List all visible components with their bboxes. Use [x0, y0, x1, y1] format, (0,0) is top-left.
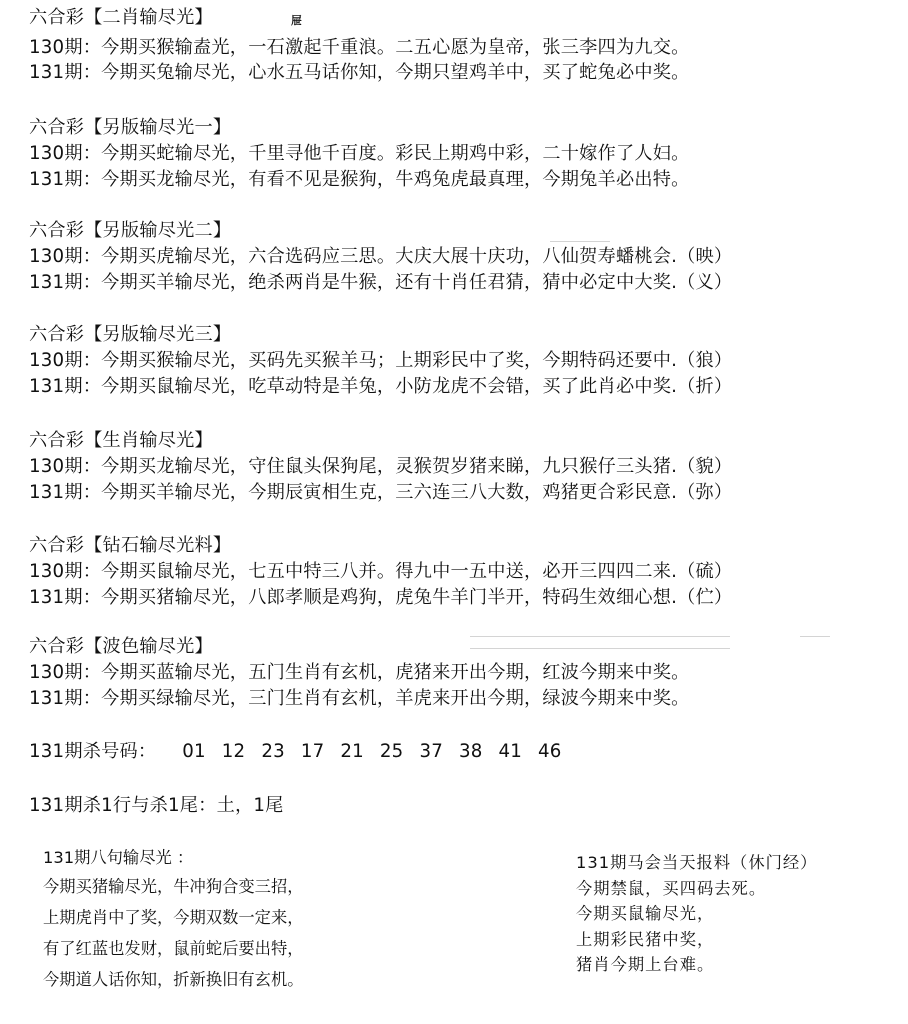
- kill-number: 01: [182, 741, 206, 762]
- poem-right: 131期马会当天报料（休门经） 今期禁鼠，买四码去死。 今期买鼠输尽光， 上期彩…: [576, 850, 817, 978]
- kill-number: 46: [538, 741, 562, 762]
- section-line: 130期：今期买蓝输尽光，五门生肖有玄机，虎猪来开出今期，红波今期来中奖。: [29, 661, 690, 685]
- section-title: 六合彩【另版输尽光二】: [29, 219, 231, 243]
- kill-numbers-label: 131期杀号码：: [29, 741, 156, 762]
- scan-artifact: [470, 648, 730, 649]
- section-line: 130期：今期买虎输尽光，六合选码应三思。大庆大展十庆功，八仙贺寿蟠桃会.（映）: [29, 245, 732, 269]
- poem-left-line: 有了红蓝也发财，鼠前蛇后要出特，: [43, 933, 304, 964]
- section-line: 131期：今期买兔输尽光，心水五马话你知，今期只望鸡羊中，买了蛇兔必中奖。: [29, 61, 690, 85]
- kill-number: 37: [419, 741, 443, 762]
- section-line: 130期：今期买猴输盍光，一石激起千重浪。二五心愿为皇帝，张三李四为九交。: [29, 36, 690, 60]
- section-line: 131期：今期买猪输尽光，八郎孝顺是鸡狗，虎兔牛羊门半开，特码生效细心想.（伫）: [29, 586, 732, 610]
- section-line: 130期：今期买猴输尽光，买码先买猴羊马；上期彩民中了奖，今期特码还要中.（狼）: [29, 349, 732, 373]
- kill-number: 17: [301, 741, 325, 762]
- section-title: 六合彩【二肖输尽光】: [29, 6, 213, 30]
- poem-right-line: 今期买鼠输尽光，: [576, 901, 817, 927]
- kill-number: 25: [380, 741, 404, 762]
- kill-number: 38: [459, 741, 483, 762]
- section-line: 131期：今期买羊输尽光，今期辰寅相生克，三六连三八大数，鸡猪更合彩民意.（弥）: [29, 481, 732, 505]
- section-title: 六合彩【另版输尽光一】: [29, 116, 231, 140]
- section-title: 六合彩【波色输尽光】: [29, 635, 213, 659]
- poem-right-line: 猪肖今期上台难。: [576, 952, 817, 978]
- poem-right-line: 上期彩民猪中奖，: [576, 927, 817, 953]
- kill-element-tail: 131期杀1行与杀1尾：土，1尾: [29, 794, 284, 818]
- section-line: 130期：今期买蛇输尽光，千里寻他千百度。彩民上期鸡中彩，二十嫁作了人妇。: [29, 142, 690, 166]
- section-line: 130期：今期买龙输尽光，守住鼠头保狗尾，灵猴贺岁猪来睇，九只猴仔三头猪.（貌）: [29, 455, 732, 479]
- section-line: 131期：今期买绿输尽光，三门生肖有玄机，羊虎来开出今期，绿波今期来中奖。: [29, 687, 690, 711]
- poem-left-title: 131期八句输尽光 ：: [43, 845, 304, 871]
- section-line: 130期：今期买鼠输尽光，七五中特三八并。得九中一五中送，必开三四四二来.（硫）: [29, 560, 732, 584]
- section-title: 六合彩【钻石输尽光料】: [29, 534, 231, 558]
- poem-right-line: 今期禁鼠，买四码去死。: [576, 876, 817, 902]
- scan-artifact: [470, 636, 730, 637]
- section-title: 六合彩【生肖输尽光】: [29, 429, 213, 453]
- kill-number: 23: [261, 741, 285, 762]
- poem-left: 131期八句输尽光 ： 今期买猪输尽光，牛冲狗合变三招， 上期虎肖中了奖，今期双…: [43, 845, 304, 995]
- section-title: 六合彩【另版输尽光三】: [29, 323, 231, 347]
- kill-number: 21: [340, 741, 364, 762]
- stray-mark: 屉: [291, 12, 302, 28]
- poem-left-line: 今期道人话你知，折新换旧有玄机。: [43, 964, 304, 995]
- section-line: 131期：今期买龙输尽光，有看不见是猴狗，牛鸡兔虎最真理，今期兔羊必出特。: [29, 168, 690, 192]
- poem-left-line: 今期买猪输尽光，牛冲狗合变三招，: [43, 871, 304, 902]
- section-line: 131期：今期买鼠输尽光，吃草动特是羊兔，小防龙虎不会错，买了此肖必中奖.（折）: [29, 375, 732, 399]
- kill-numbers-row: 131期杀号码： 01 12 23 17 21 25 37 38 41 46: [29, 740, 572, 764]
- poem-left-line: 上期虎肖中了奖，今期双数一定来，: [43, 902, 304, 933]
- kill-number: 41: [499, 741, 523, 762]
- kill-number: 12: [222, 741, 246, 762]
- scan-artifact: [550, 241, 610, 242]
- poem-right-title: 131期马会当天报料（休门经）: [576, 850, 817, 876]
- section-line: 131期：今期买羊输尽光，绝杀两肖是牛猴，还有十肖任君猜，猜中必定中大奖.（义）: [29, 271, 732, 295]
- scan-artifact: [800, 636, 830, 637]
